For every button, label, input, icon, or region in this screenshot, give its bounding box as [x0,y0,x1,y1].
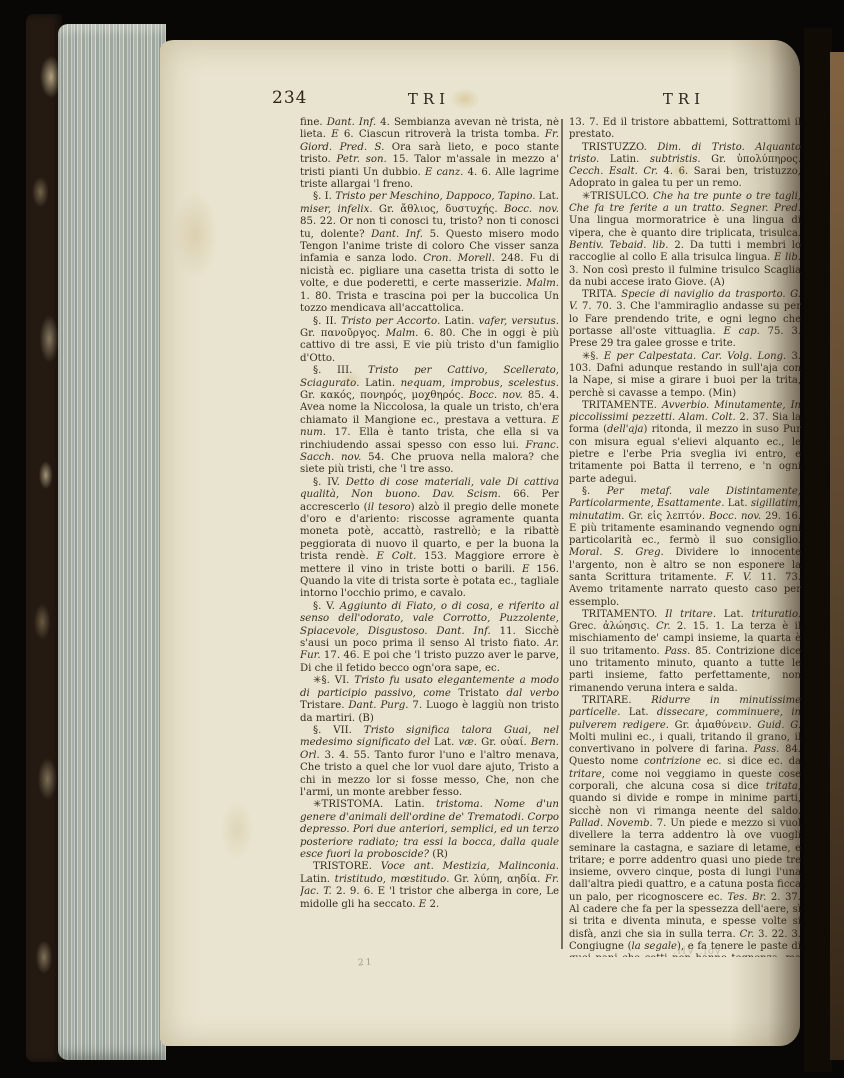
paragraph: TRISTUZZO. Dim. di Tristo. Alquanto tris… [569,142,801,191]
paragraph: §. II. Tristo per Accorto. Latin. vafer,… [300,316,559,366]
pencil-note: 21 [358,958,374,969]
paragraph: TRITAMENTO. Il tritare. Lat. trituratio.… [569,609,801,695]
running-head-right: TRI [568,90,800,108]
paragraph: §. I. Tristo per Meschino, Dappoco, Tapi… [300,191,559,315]
foxing-stain [172,190,218,280]
paragraph: fine. Dant. Inf. 4. Sembianza avevan nè … [300,117,559,191]
paragraph: §. IV. Detto di cose materiali, vale Di … [300,477,559,601]
book-cover-edge [26,14,62,1062]
paragraph: §. Per metaf. vale Distintamente, Partic… [569,486,801,609]
paragraph: ✳TRISULCO. Che ha tre punte o tre tagli,… [569,191,801,289]
paragraph: TRITA. Specie di naviglio da trasporto. … [569,289,801,350]
bleed-through-text: Vol. VII. [672,946,721,957]
book-gutter-shadow [804,28,832,1072]
book-page: 234 TRI TRI fine. Dant. Inf. 4. Sembianz… [160,40,800,1046]
book-photo: 234 TRI TRI fine. Dant. Inf. 4. Sembianz… [0,0,844,1078]
facing-page-edge [830,52,844,1060]
paragraph: ✳§. VI. Tristo fu usato elegantemente a … [300,675,559,725]
paragraph: ✳§. E per Calpestata. Car. Volg. Long. 3… [569,351,801,400]
paragraph: §. III. Tristo per Cattivo, Scellerato, … [300,365,559,477]
column-divider [561,119,563,949]
paragraph: 13. 7. Ed il tristore abbattemi, Sottrat… [569,117,801,142]
paragraph: ✳TRISTOMA. Latin. tristoma. Nome d'un ge… [300,799,559,861]
paragraph: TRISTORE. Voce ant. Mestizia, Malinconia… [300,861,559,911]
page-stack-fore-edge [58,24,166,1060]
left-column: fine. Dant. Inf. 4. Sembianza avevan nè … [300,117,559,955]
paragraph: TRITAMENTE. Avverbio. Minutamente, In pi… [569,400,801,486]
paragraph: §. V. Aggiunto di Fiato, o di cosa, e ri… [300,601,559,675]
right-column: 13. 7. Ed il tristore abbattemi, Sottrat… [569,117,801,957]
running-head-left: TRI [300,90,558,108]
foxing-stain [220,800,254,860]
paragraph: TRITARE. Ridurre in minutissime particel… [569,695,801,957]
paragraph: §. VII. Tristo significa talora Guai, ne… [300,725,559,799]
